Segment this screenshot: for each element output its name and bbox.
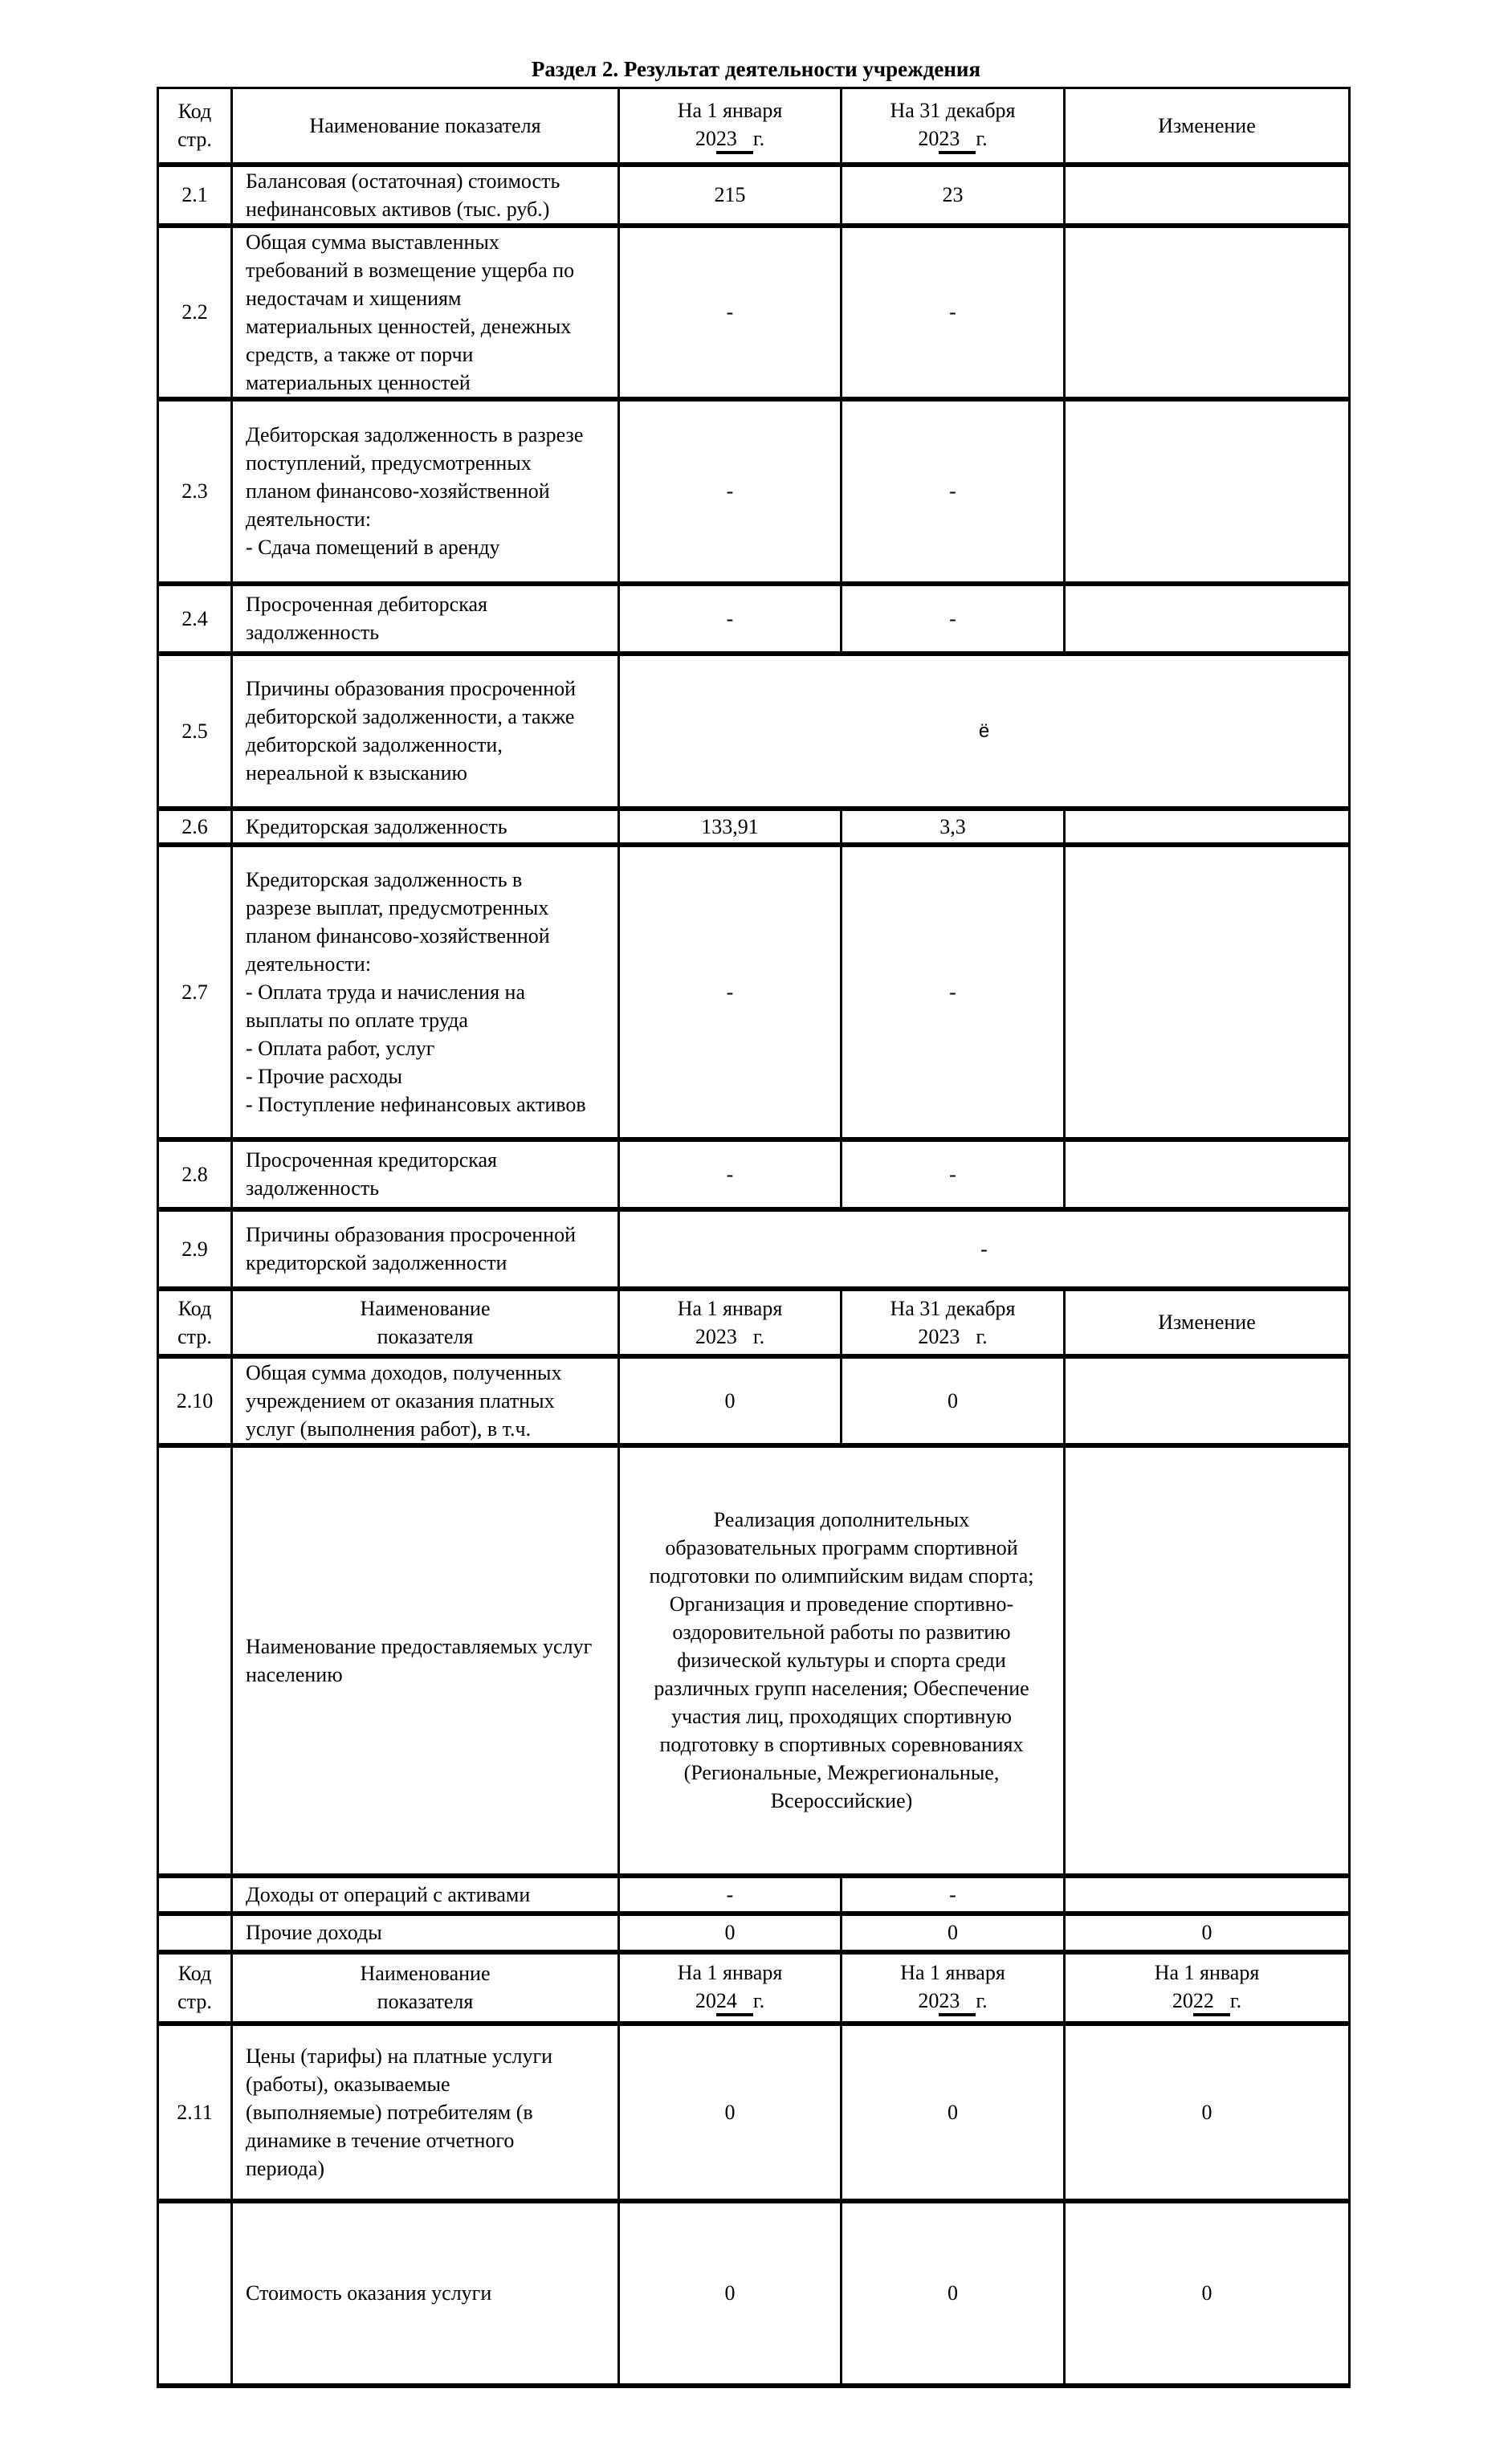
header-name: Наименование показателя [232,88,619,165]
header-change: Изменение [1065,88,1350,165]
header-jan1: На 1 января 2023г. [619,88,842,165]
header-dec31: На 31 декабря 2023г. [842,88,1065,165]
table-subheader: Кодстр. Наименованиепоказателя На 1 янва… [158,1952,1350,2024]
header-code: Кодстр. [158,88,232,165]
table-row: Стоимость оказания услуги 0 0 0 [158,2201,1350,2386]
table-row: Прочие доходы 0 0 0 [158,1914,1350,1952]
results-table: Кодстр. Наименование показателя На 1 янв… [157,87,1351,2388]
services-row: Наименование предоставляемых услугнаселе… [158,1445,1350,1876]
table-row: 2.4 Просроченная дебиторскаязадолженност… [158,584,1350,654]
table-header: Кодстр. Наименование показателя На 1 янв… [158,88,1350,165]
table-row: 2.2 Общая сумма выставленныхтребований в… [158,226,1350,399]
table-row: 2.7 Кредиторская задолженность вразрезе … [158,845,1350,1139]
table-row: 2.1 Балансовая (остаточная) стоимостьнеф… [158,165,1350,226]
table-row: 2.8 Просроченная кредиторскаязадолженнос… [158,1139,1350,1209]
table-row: 2.5 Причины образования просроченнойдеби… [158,654,1350,809]
table-row: 2.11 Цены (тарифы) на платные услуги(раб… [158,2024,1350,2201]
table-subheader: Кодстр. Наименованиепоказателя На 1 янва… [158,1289,1350,1356]
services-list: Реализация дополнительныхобразовательных… [619,1445,1065,1876]
section-title: Раздел 2. Результат деятельности учрежде… [0,55,1512,84]
table-row: 2.10 Общая сумма доходов, полученныхучре… [158,1356,1350,1445]
table-row: 2.3 Дебиторская задолженность в разрезеп… [158,399,1350,584]
table-row: 2.6 Кредиторская задолженность 133,91 3,… [158,809,1350,845]
table-row: 2.9 Причины образования просроченнойкред… [158,1209,1350,1289]
table-row: Доходы от операций с активами - - [158,1876,1350,1914]
